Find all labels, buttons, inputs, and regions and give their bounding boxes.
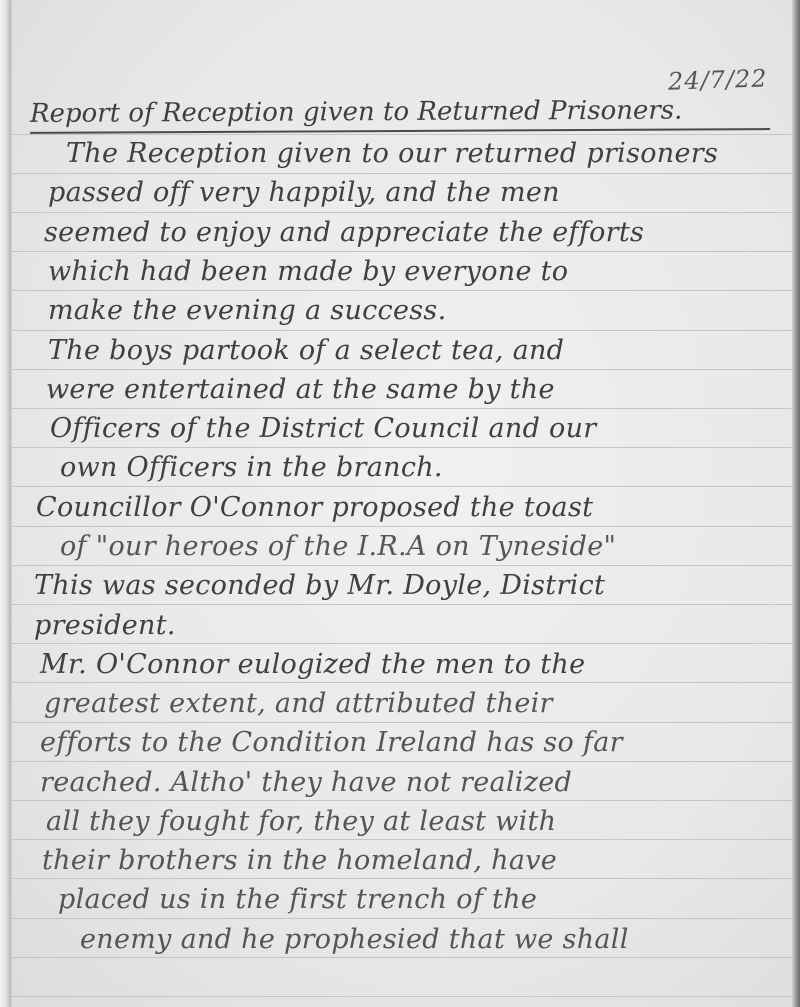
ruled-line (12, 918, 792, 919)
ruled-line (12, 251, 792, 252)
text-line: seemed to enjoy and appreciate the effor… (44, 215, 644, 251)
ruled-line (12, 330, 792, 331)
text-line: placed us in the first trench of the (58, 882, 537, 918)
ruled-line (12, 369, 792, 370)
ruled-line (12, 134, 792, 135)
text-line: Mr. O'Connor eulogized the men to the (40, 647, 585, 683)
text-line: greatest extent, and attributed their (44, 686, 553, 722)
text-line: president. (34, 608, 176, 644)
text-line: their brothers in the homeland, have (42, 843, 557, 879)
text-line: enemy and he prophesied that we shall (80, 922, 629, 958)
text-line: which had been made by everyone to (48, 254, 568, 290)
text-line: own Officers in the branch. (60, 450, 443, 486)
text-line: make the evening a success. (48, 293, 446, 329)
text-line: were entertained at the same by the (46, 372, 555, 408)
report-title: Report of Reception given to Returned Pr… (30, 94, 770, 134)
ruled-line (12, 761, 792, 762)
text-line: passed off very happily, and the men (48, 175, 560, 211)
ruled-line (12, 212, 792, 213)
ruled-line (12, 486, 792, 487)
page-right-edge (792, 0, 800, 1007)
notebook-page: 24/7/22 Report of Reception given to Ret… (0, 0, 800, 1007)
ruled-line (12, 447, 792, 448)
text-line: of "our heroes of the I.R.A on Tyneside" (60, 529, 616, 565)
ruled-line (12, 722, 792, 723)
text-line: reached. Altho' they have not realized (40, 765, 572, 801)
text-line: Officers of the District Council and our (50, 411, 597, 447)
ruled-line (12, 996, 792, 997)
ruled-line (12, 565, 792, 566)
text-line: The Reception given to our returned pris… (66, 136, 718, 172)
text-line: Councillor O'Connor proposed the toast (36, 490, 593, 526)
entry-date: 24/7/22 (668, 64, 768, 95)
text-line: all they fought for, they at least with (46, 804, 556, 840)
text-line: This was seconded by Mr. Doyle, District (34, 568, 605, 604)
ruled-line (12, 604, 792, 605)
text-line: efforts to the Condition Ireland has so … (40, 725, 623, 761)
ruled-line (12, 408, 792, 409)
text-line: The boys partook of a select tea, and (48, 333, 564, 369)
ruled-line (12, 526, 792, 527)
ruled-line (12, 173, 792, 174)
page-binding-edge (0, 0, 12, 1007)
ruled-line (12, 290, 792, 291)
